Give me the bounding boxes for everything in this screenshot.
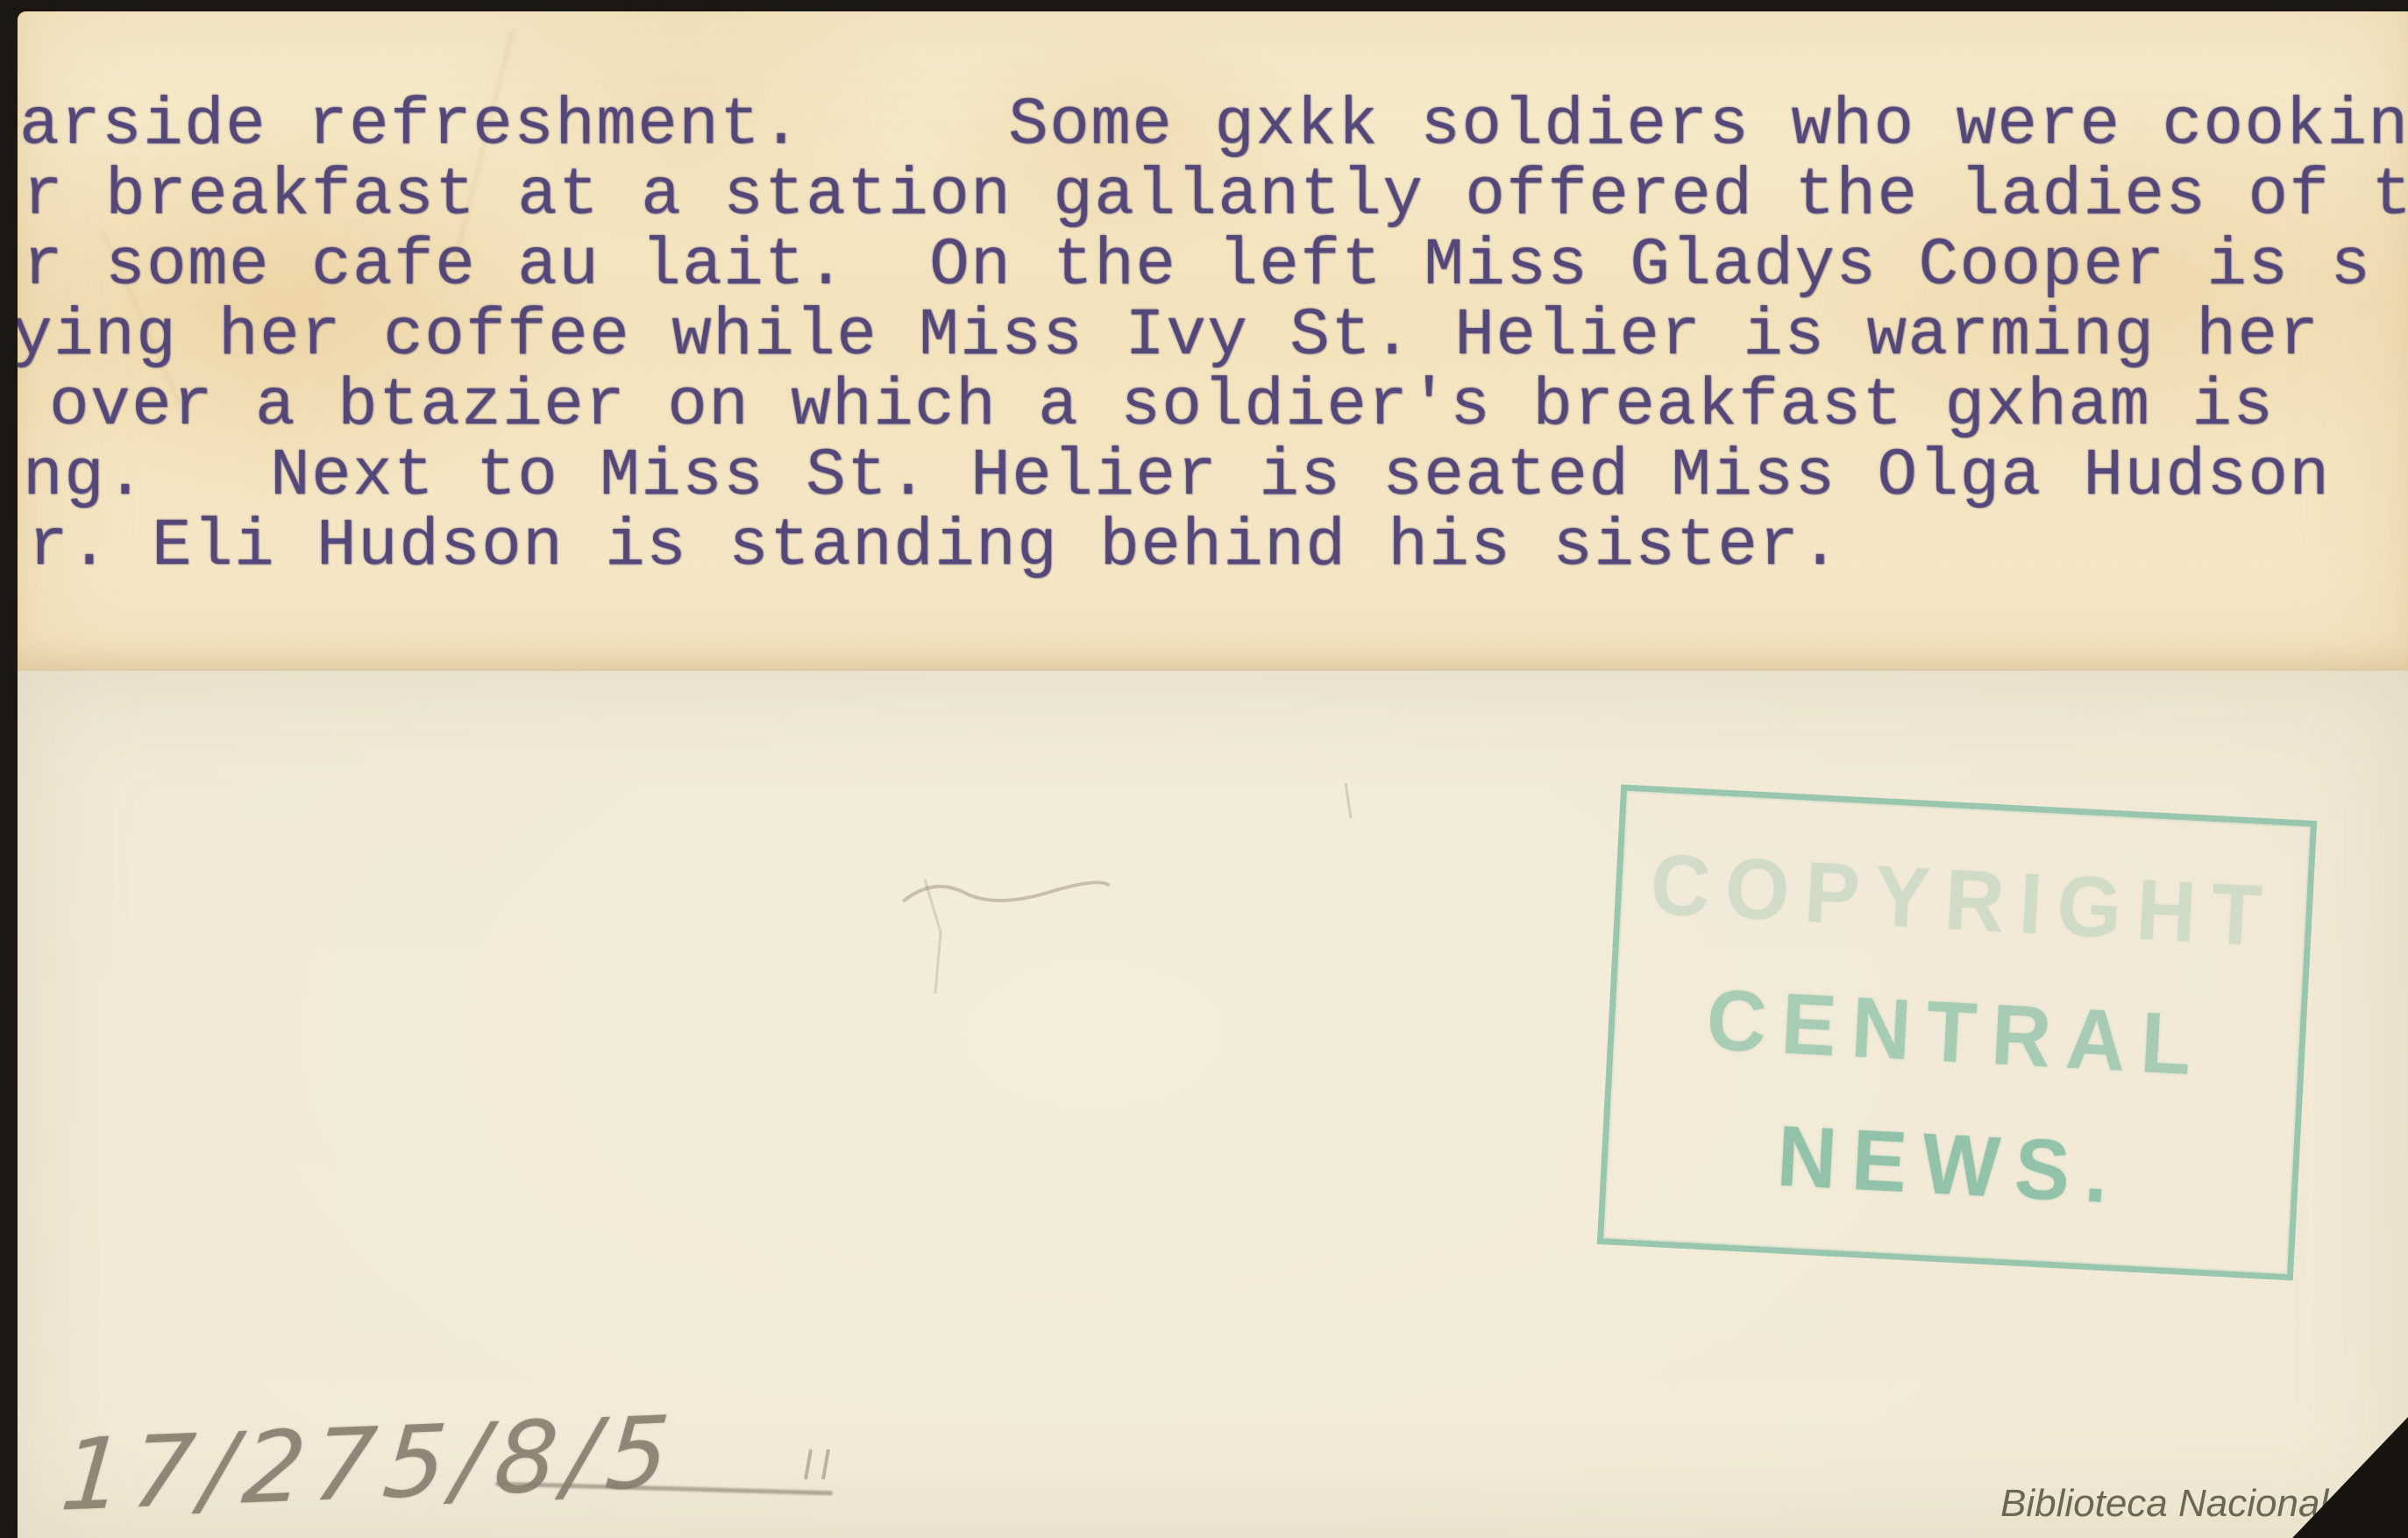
typed-line-4: ying her coffee while Miss Ivy St. Helie… — [18, 301, 2319, 371]
typed-line-3: r some cafe au lait. On the left Miss Gl… — [23, 231, 2371, 301]
stamp-text-central: CENTRAL — [1705, 970, 2210, 1095]
typed-line-5: over a btazier on which a soldier's brea… — [49, 371, 2274, 441]
photo-verso-paper: arside refreshment. Some gxkk soldiers w… — [18, 11, 2408, 1538]
typed-line-6: ng. Next to Miss St. Helier is seated Mi… — [23, 441, 2330, 511]
stamp-text-copyright: COPYRIGHT — [1649, 835, 2280, 966]
scan-background: arside refreshment. Some gxkk soldiers w… — [0, 0, 2408, 1538]
caption-slip: arside refreshment. Some gxkk soldiers w… — [18, 11, 2408, 671]
typed-line-1: arside refreshment. Some gxkk soldiers w… — [19, 90, 2408, 160]
scan-corner-shadow — [2292, 1417, 2408, 1538]
typed-line-2: r breakfast at a station gallantly offer… — [23, 160, 2408, 231]
handwritten-reference-number: 17/275/8/5 — [57, 1395, 681, 1533]
typed-line-7: r. Eli Hudson is standing behind his sis… — [28, 511, 1841, 581]
copyright-stamp: COPYRIGHT CENTRAL NEWS. — [1597, 785, 2317, 1281]
stamp-text-news: NEWS. — [1775, 1107, 2126, 1224]
